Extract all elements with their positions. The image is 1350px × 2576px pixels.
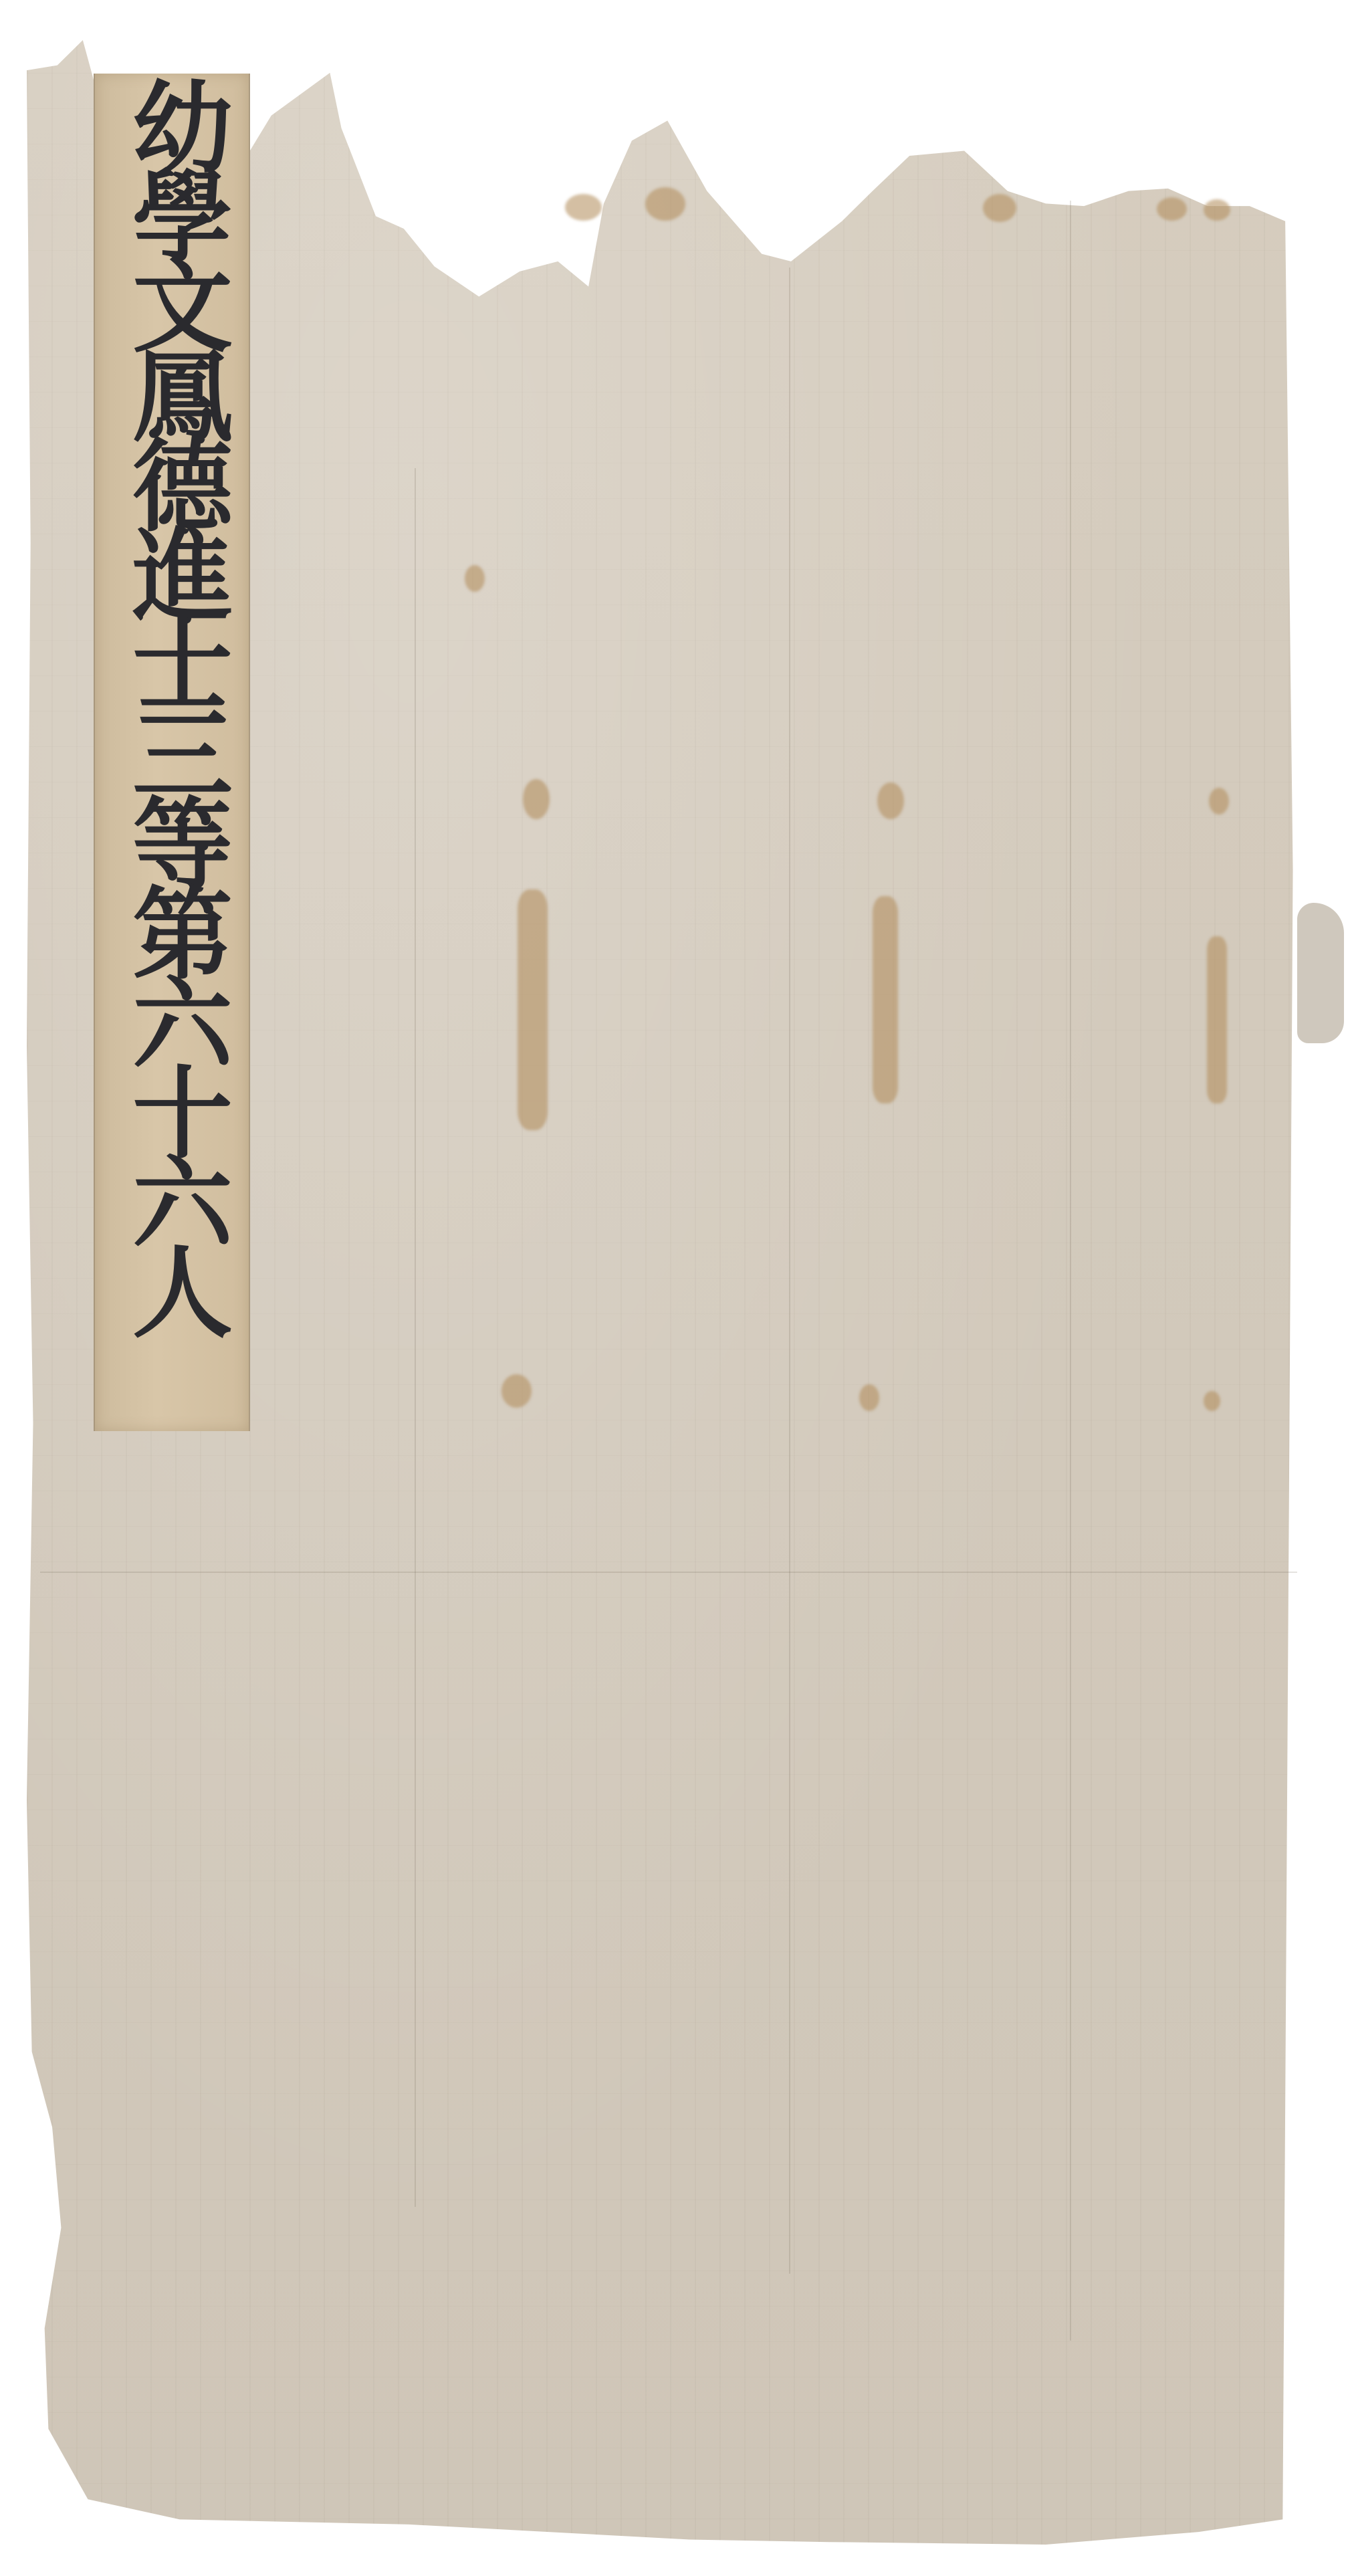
stain (1157, 197, 1187, 221)
stain (1209, 788, 1229, 815)
title-char: 人 (132, 1249, 233, 1338)
stain (1204, 1391, 1220, 1411)
paper-fold-line (789, 267, 790, 2274)
stain (565, 194, 602, 221)
stain (645, 187, 685, 221)
paper-torn-tab (1297, 903, 1344, 1043)
stain-column (873, 896, 898, 1103)
title-text: 幼 學 文 鳳 德 進 士 三 等 第 六 十 六 人 (119, 84, 246, 1338)
stain (877, 782, 904, 819)
stain (859, 1384, 879, 1411)
stain (465, 565, 485, 592)
paper-fold-line (415, 468, 416, 2207)
stain (1204, 199, 1230, 221)
paper-fold-line (40, 1572, 1297, 1573)
stain (983, 194, 1016, 222)
stain (523, 779, 550, 819)
stain-column (518, 889, 548, 1130)
stain (501, 1374, 532, 1408)
paper-fold-line (1070, 201, 1071, 2341)
stain-column (1207, 936, 1227, 1103)
